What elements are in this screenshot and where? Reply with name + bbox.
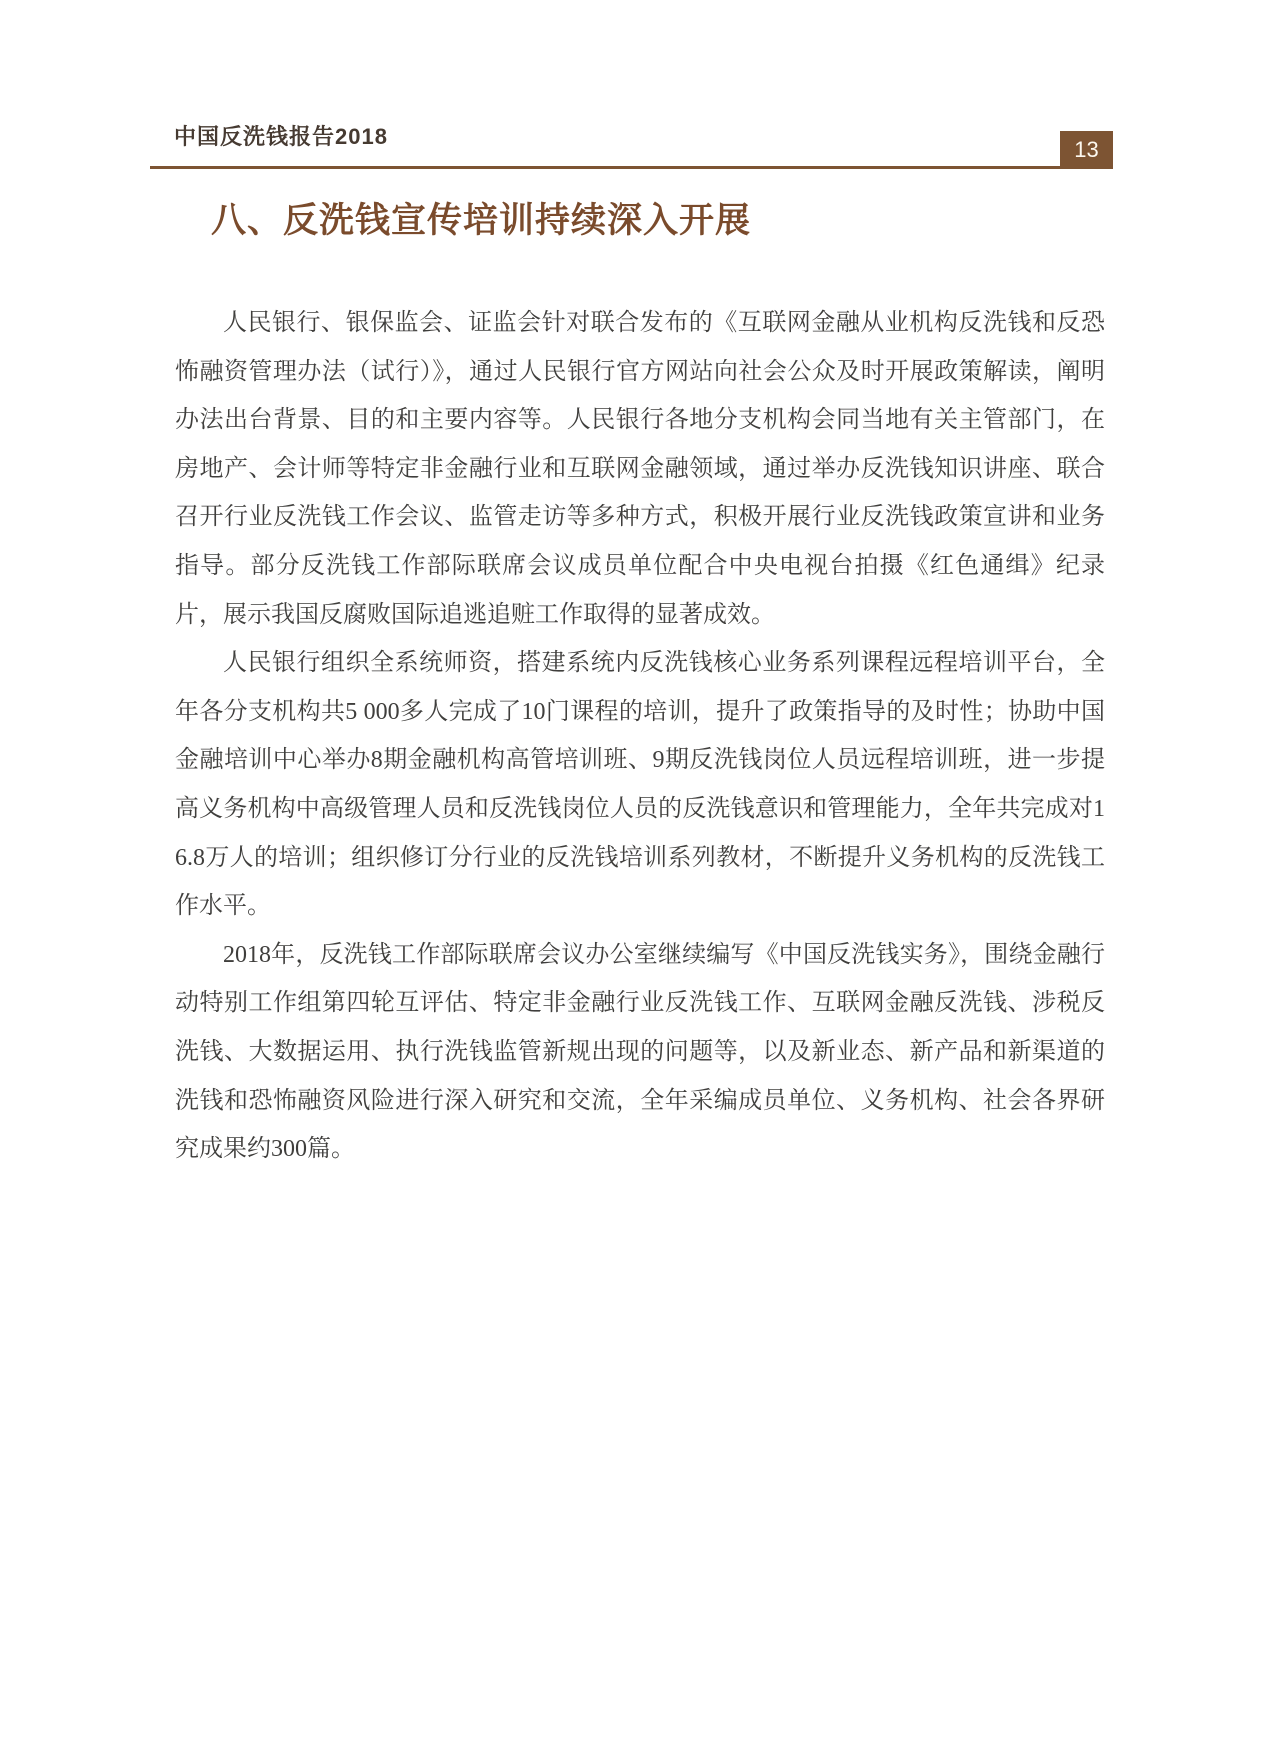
header-rule: 中国反洗钱报告2018 [150, 124, 1060, 169]
document-title: 中国反洗钱报告2018 [174, 124, 388, 149]
body-paragraph-3: 2018年，反洗钱工作部际联席会议办公室继续编写《中国反洗钱实务》，围绕金融行动… [175, 931, 1105, 1174]
page-header: 中国反洗钱报告2018 13 [150, 124, 1113, 169]
report-page: 中国反洗钱报告2018 13 八、反洗钱宣传培训持续深入开展 人民银行、银保监会… [0, 0, 1280, 1737]
page-number-badge: 13 [1060, 131, 1113, 169]
body-paragraph-1: 人民银行、银保监会、证监会针对联合发布的《互联网金融从业机构反洗钱和反恐怖融资管… [175, 299, 1105, 639]
body-paragraph-2: 人民银行组织全系统师资，搭建系统内反洗钱核心业务系列课程远程培训平台，全年各分支… [175, 639, 1105, 931]
body-content: 人民银行、银保监会、证监会针对联合发布的《互联网金融从业机构反洗钱和反恐怖融资管… [175, 299, 1105, 1174]
section-title: 八、反洗钱宣传培训持续深入开展 [211, 199, 1105, 243]
